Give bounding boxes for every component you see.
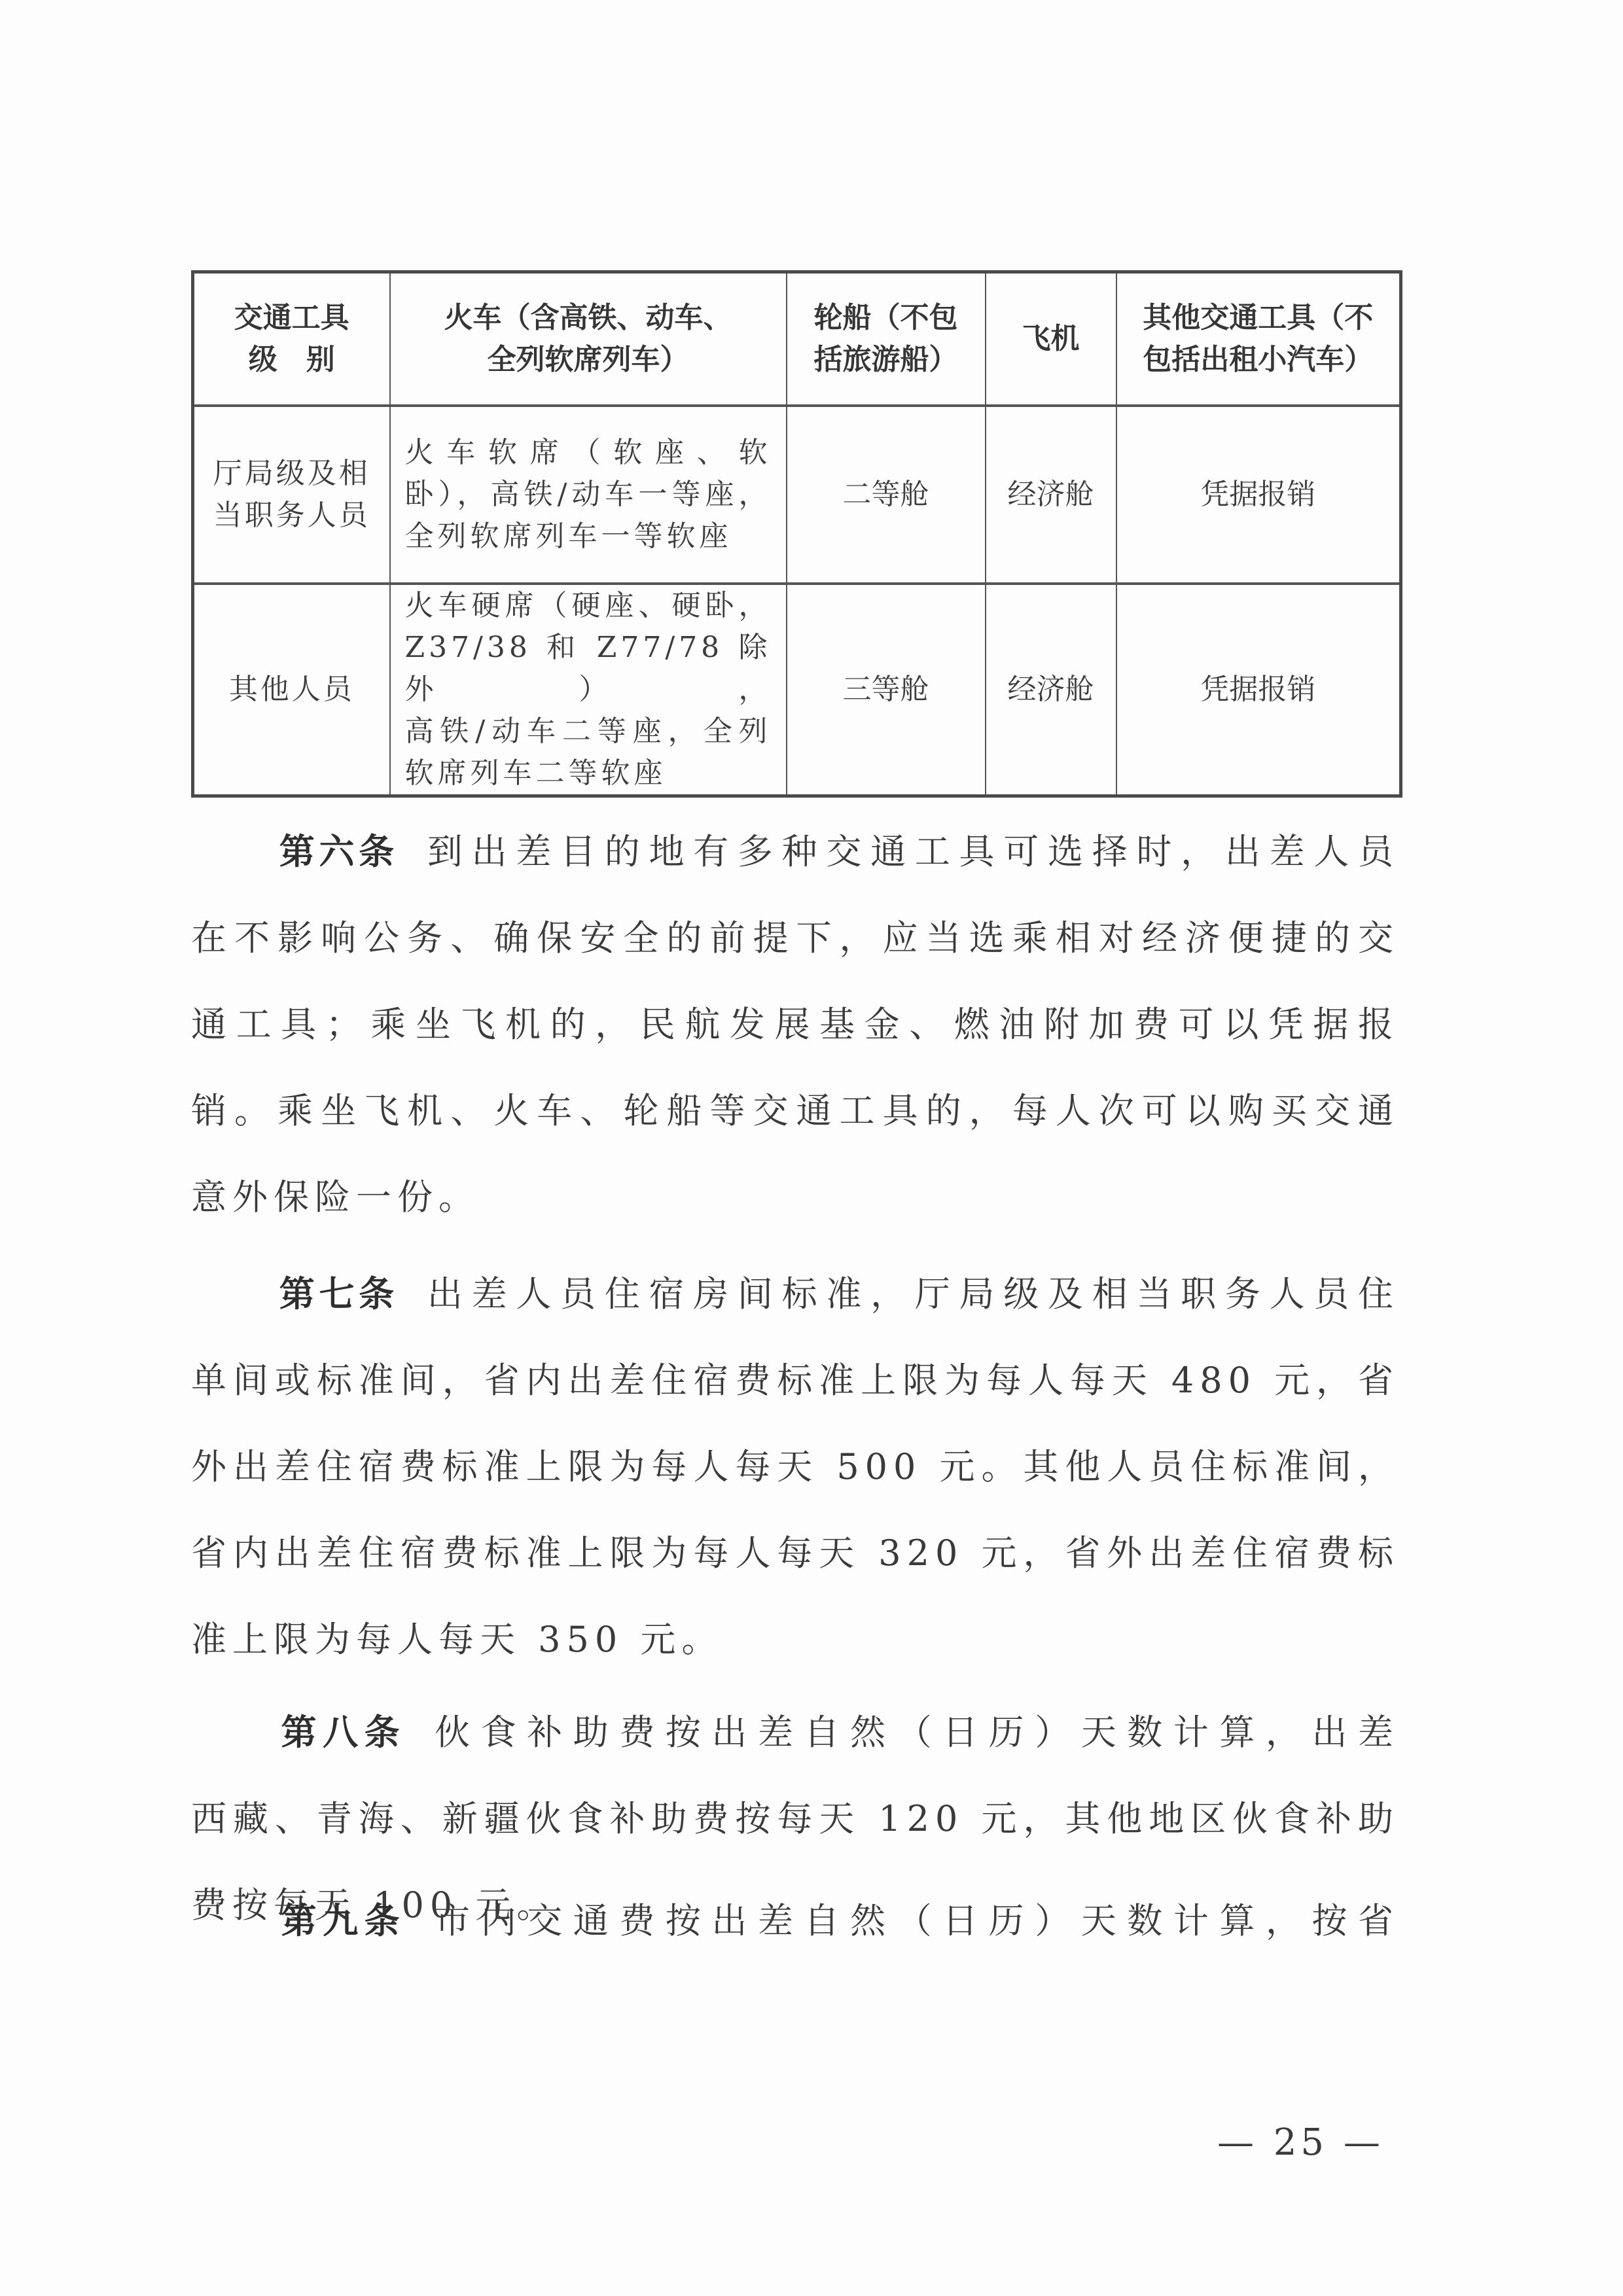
header-level: 交通工具 级 别 (193, 272, 390, 406)
paragraph-line: 准上限为每人每天 350 元。 (191, 1597, 1399, 1683)
page-number: — 25 — (1217, 2121, 1384, 2164)
article-6: 第六条到出差目的地有多种交通工具可选择时，出差人员 在不影响公务、确保安全的前提… (191, 809, 1399, 1241)
header-train: 火车（含高铁、动车、 全列软席列车） (390, 272, 787, 406)
table-row: 其他人员 火车硬席（硬座、硬卧， Z37/38 和 Z77/78 除外）， 高铁… (193, 584, 1401, 796)
cell-other: 凭据报销 (1116, 406, 1401, 584)
paragraph-text: 伙食补助费按出差自然（日历）天数计算，出差 (435, 1712, 1399, 1753)
cell-text: 当职务人员 (204, 495, 380, 537)
cell-text: 卧），高铁/动车一等座， (405, 474, 772, 516)
header-text: 飞机 (995, 318, 1107, 360)
header-plane: 飞机 (986, 272, 1116, 406)
header-text: 全列软席列车） (400, 339, 777, 381)
cell-ship: 三等舱 (787, 584, 986, 796)
header-text: 其他交通工具（不 (1126, 297, 1391, 339)
paragraph-line: 第八条伙食补助费按出差自然（日历）天数计算，出差 (191, 1689, 1399, 1776)
paragraph-line: 销。乘坐飞机、火车、轮船等交通工具的，每人次可以购买交通 (191, 1068, 1399, 1154)
cell-text: 软席列车二等软座 (405, 752, 772, 794)
paragraph-line: 西藏、青海、新疆伙食补助费按每天 120 元，其他地区伙食补助 (191, 1776, 1399, 1862)
article-7: 第七条出差人员住宿房间标准，厅局级及相当职务人员住 单间或标准间，省内出差住宿费… (191, 1251, 1399, 1683)
paragraph-line: 意外保险一份。 (191, 1154, 1399, 1241)
table-header-row: 交通工具 级 别 火车（含高铁、动车、 全列软席列车） 轮船（不包 括旅游船） … (193, 272, 1401, 406)
cell-train: 火车软席（软座、软 卧），高铁/动车一等座， 全列软席列车一等软座 (390, 406, 787, 584)
cell-text: 高铁/动车二等座，全列 (405, 711, 772, 752)
header-text: 级 别 (204, 339, 380, 381)
cell-other: 凭据报销 (1116, 584, 1401, 796)
article-title: 第七条 (276, 1273, 399, 1315)
table-row: 厅局级及相 当职务人员 火车软席（软座、软 卧），高铁/动车一等座， 全列软席列… (193, 406, 1401, 584)
header-text: 包括出租小汽车） (1126, 339, 1391, 381)
paragraph-line: 单间或标准间，省内出差住宿费标准上限为每人每天 480 元，省 (191, 1337, 1399, 1424)
paragraph-line: 第六条到出差目的地有多种交通工具可选择时，出差人员 (191, 809, 1399, 895)
cell-text: 厅局级及相 (204, 453, 380, 495)
cell-level: 其他人员 (193, 584, 390, 796)
cell-plane: 经济舱 (986, 406, 1116, 584)
article-9: 第九条市内交通费按出差自然（日历）天数计算，按省 (191, 1878, 1399, 1964)
cell-text: 全列软席列车一等软座 (405, 516, 772, 557)
cell-plane: 经济舱 (986, 584, 1116, 796)
article-title: 第八条 (276, 1712, 406, 1753)
cell-train: 火车硬席（硬座、硬卧， Z37/38 和 Z77/78 除外）， 高铁/动车二等… (390, 584, 787, 796)
header-text: 轮船（不包 (796, 297, 976, 339)
article-title: 第九条 (276, 1900, 406, 1941)
cell-ship: 二等舱 (787, 406, 986, 584)
header-text: 交通工具 (204, 297, 380, 339)
paragraph-line: 省内出差住宿费标准上限为每人每天 320 元，省外出差住宿费标 (191, 1510, 1399, 1597)
paragraph-line: 第九条市内交通费按出差自然（日历）天数计算，按省 (191, 1878, 1399, 1964)
paragraph-line: 第七条出差人员住宿房间标准，厅局级及相当职务人员住 (191, 1251, 1399, 1337)
paragraph-text: 市内交通费按出差自然（日历）天数计算，按省 (435, 1900, 1399, 1941)
paragraph-line: 通工具；乘坐飞机的，民航发展基金、燃油附加费可以凭据报 (191, 981, 1399, 1068)
transport-standards-table: 交通工具 级 别 火车（含高铁、动车、 全列软席列车） 轮船（不包 括旅游船） … (191, 270, 1402, 798)
header-text: 括旅游船） (796, 339, 976, 381)
paragraph-text: 出差人员住宿房间标准，厅局级及相当职务人员住 (427, 1273, 1399, 1315)
document-page: 交通工具 级 别 火车（含高铁、动车、 全列软席列车） 轮船（不包 括旅游船） … (0, 0, 1623, 2296)
article-title: 第六条 (276, 831, 399, 872)
cell-text: Z37/38 和 Z77/78 除外）， (405, 627, 772, 711)
header-other: 其他交通工具（不 包括出租小汽车） (1116, 272, 1401, 406)
cell-level: 厅局级及相 当职务人员 (193, 406, 390, 584)
paragraph-line: 外出差住宿费标准上限为每人每天 500 元。其他人员住标准间， (191, 1424, 1399, 1510)
header-ship: 轮船（不包 括旅游船） (787, 272, 986, 406)
paragraph-line: 在不影响公务、确保安全的前提下，应当选乘相对经济便捷的交 (191, 895, 1399, 981)
header-text: 火车（含高铁、动车、 (400, 297, 777, 339)
cell-text: 其他人员 (204, 669, 380, 711)
cell-text: 火车软席（软座、软 (405, 432, 772, 474)
cell-text: 火车硬席（硬座、硬卧， (405, 585, 772, 627)
paragraph-text: 到出差目的地有多种交通工具可选择时，出差人员 (427, 831, 1399, 872)
